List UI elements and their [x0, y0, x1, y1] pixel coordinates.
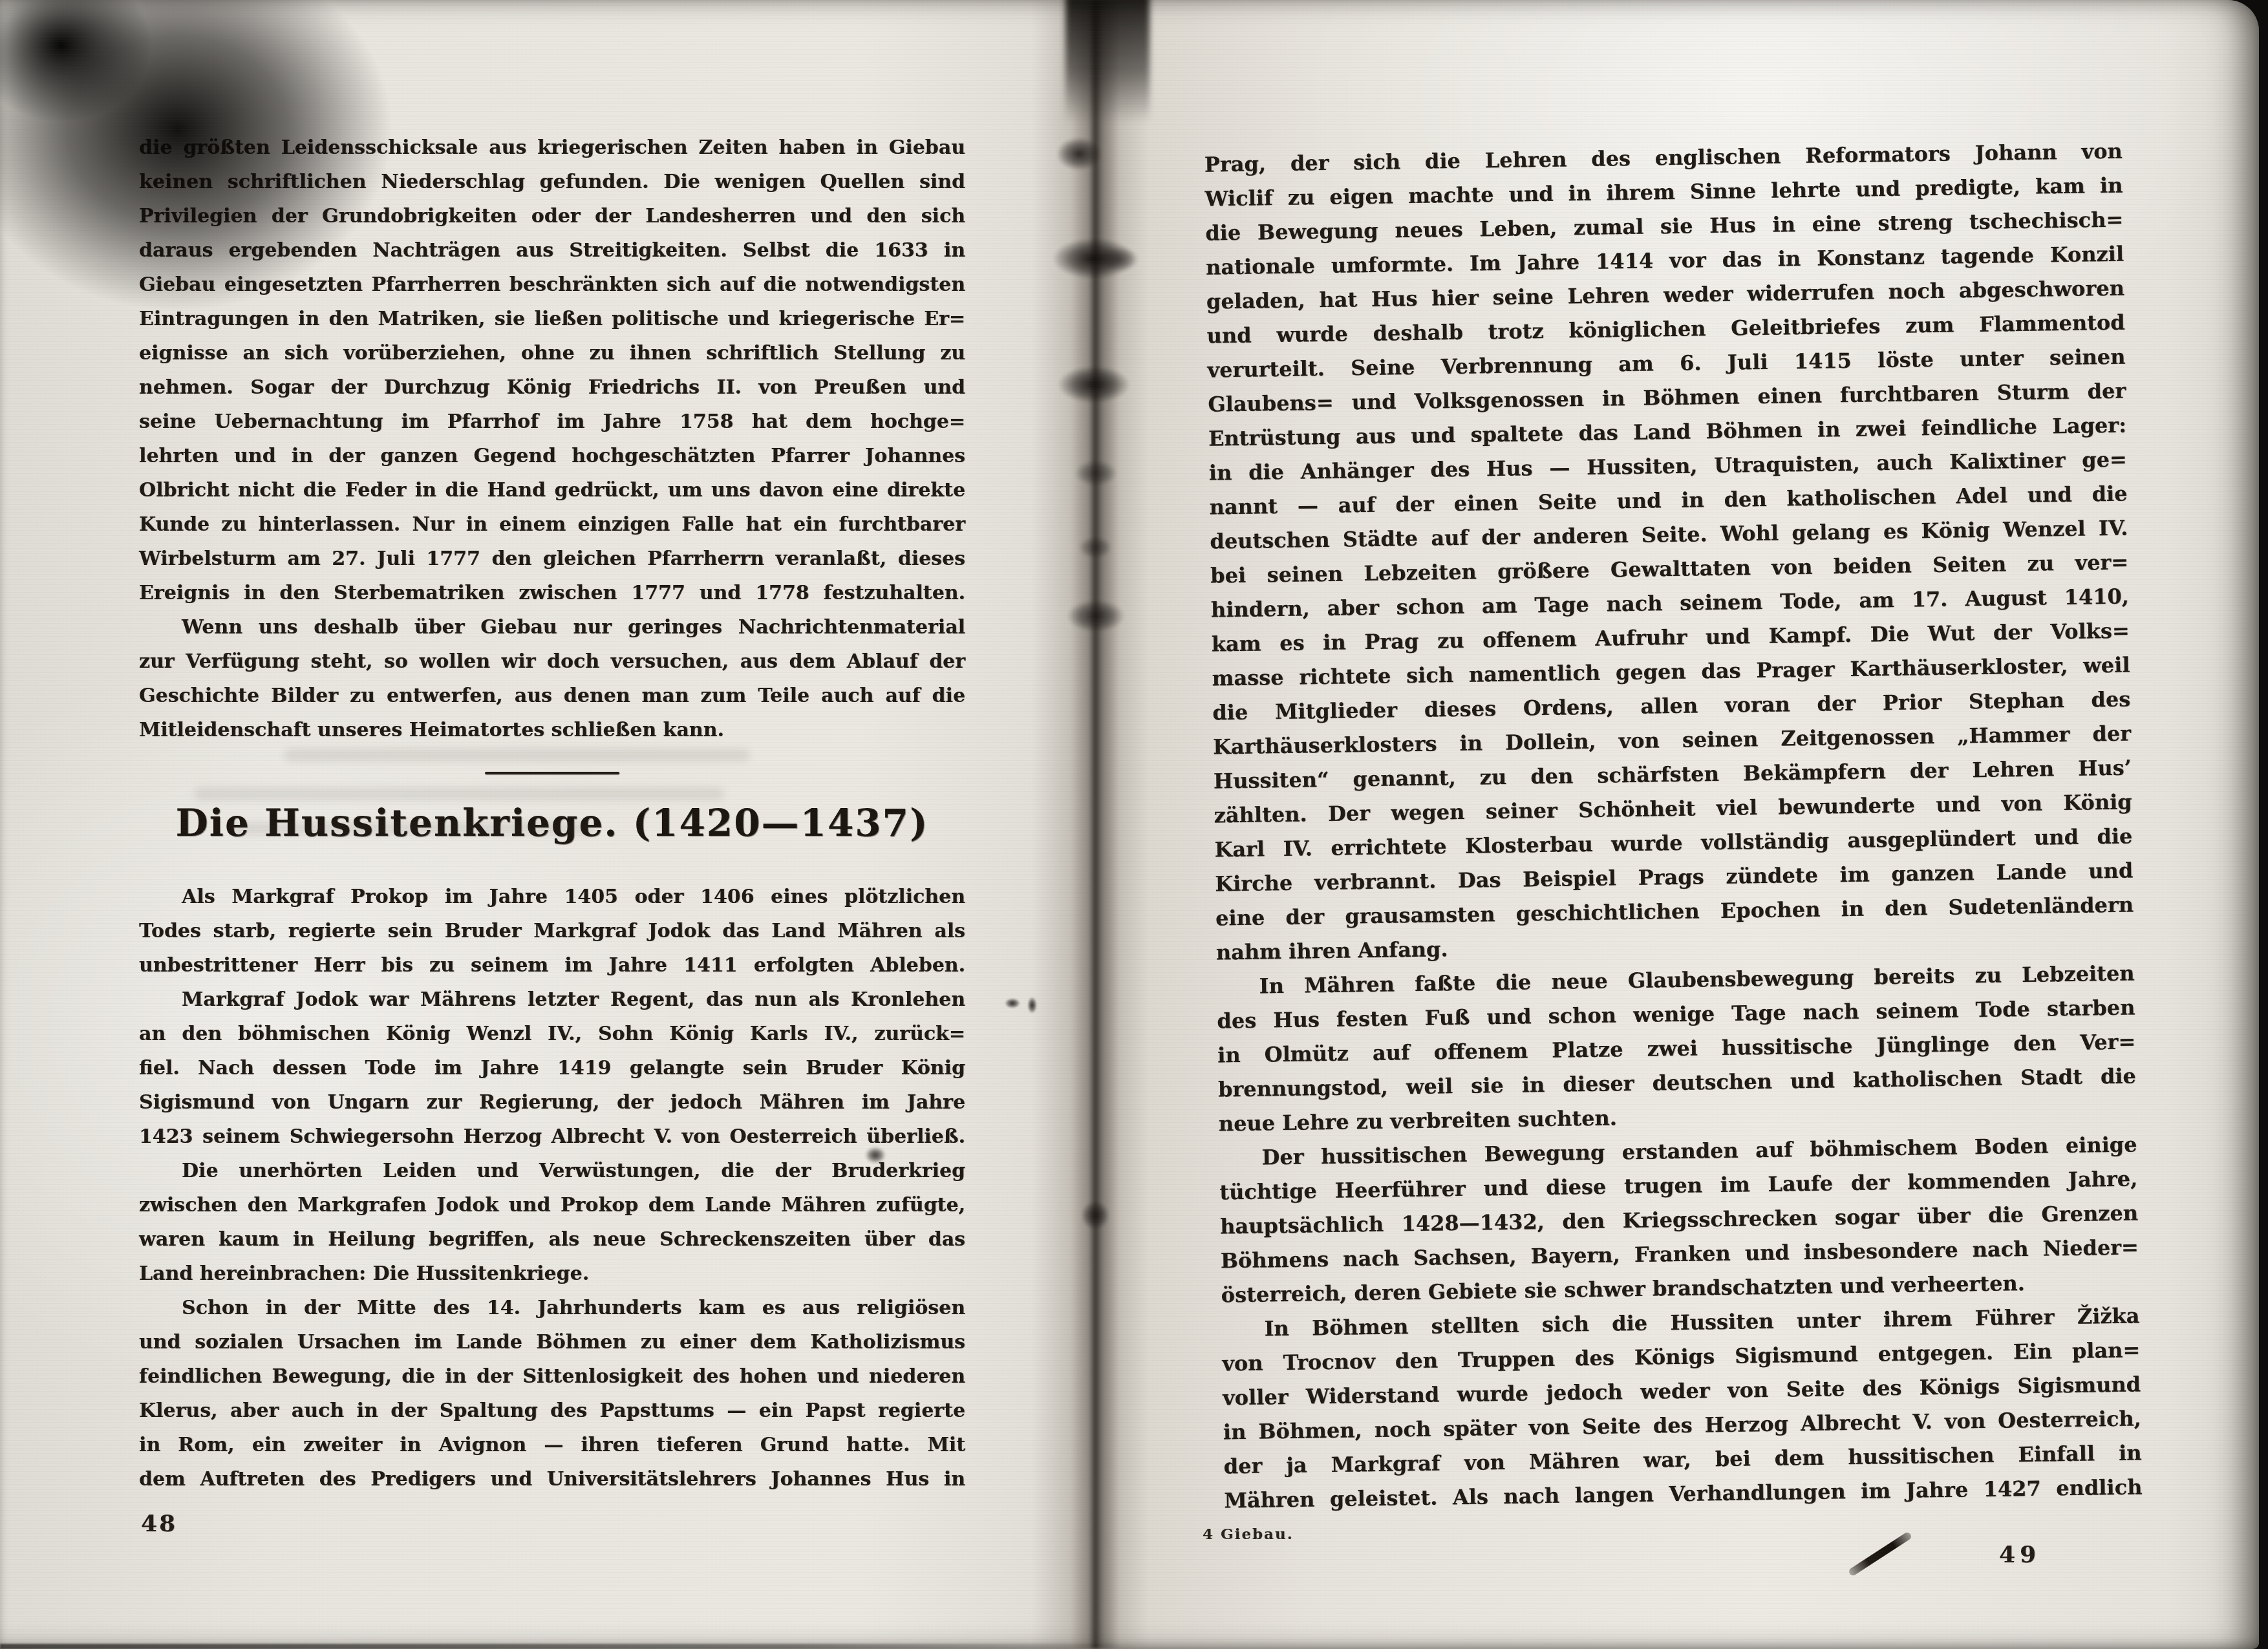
text-line: Kunde zu hinterlassen. Nur in einem einz…	[139, 507, 965, 542]
paragraph: Markgraf Jodok war Mährens letzter Regen…	[139, 983, 965, 1154]
text-line: fiel. Nach dessen Tode im Jahre 1419 gel…	[139, 1051, 965, 1085]
paragraph: Schon in der Mitte des 14. Jahrhunderts …	[139, 1291, 965, 1496]
scan-corner-shadow-core	[0, 0, 168, 136]
paragraph: Die unerhörten Leiden und Verwüstungen, …	[139, 1154, 965, 1291]
ink-stain	[1075, 460, 1117, 486]
text-line: Wenn uns deshalb über Giebau nur geringe…	[139, 610, 965, 644]
paragraph: Wenn uns deshalb über Giebau nur geringe…	[139, 610, 965, 747]
bleed-through-ghost-line	[194, 787, 724, 800]
text-line: Ereignis in den Sterbematriken zwischen …	[139, 576, 965, 610]
text-line: Sigismund von Ungarn zur Regierung, der …	[139, 1085, 965, 1120]
text-line: Olbricht nicht die Feder in die Hand ged…	[139, 473, 965, 507]
paragraph: Prag, der sich die Lehren des englischen…	[1204, 134, 2134, 970]
gutter-top-shadow	[1065, 0, 1150, 123]
text-line: Markgraf Jodok war Mährens letzter Regen…	[139, 983, 965, 1017]
text-line: Klerus, aber auch in der Spaltung des Pa…	[139, 1394, 965, 1428]
ink-speck	[1027, 997, 1037, 1014]
paragraph: In Böhmen stellten sich die Hussiten unt…	[1221, 1299, 2143, 1518]
paragraph: Der hussitischen Bewegung erstanden auf …	[1219, 1127, 2139, 1312]
text-line: nehmen. Sogar der Durchzug König Friedri…	[139, 370, 965, 405]
text-line: und sozialen Ursachen im Lande Böhmen zu…	[139, 1325, 965, 1359]
section-divider-rule	[485, 772, 619, 774]
text-line: Mitleidenschaft unseres Heimatortes schl…	[139, 713, 965, 747]
text-line: Die unerhörten Leiden und Verwüstungen, …	[139, 1154, 965, 1188]
text-line: Land hereinbrachen: Die Hussitenkriege.	[139, 1257, 965, 1291]
text-line: feindlichen Bewegung, die in der Sittenl…	[139, 1359, 965, 1394]
text-line: zur Verfügung steht, so wollen wir doch …	[139, 644, 965, 679]
right-page: Prag, der sich die Lehren des englischen…	[1204, 134, 2142, 1518]
bottom-page-edge-shadow	[0, 1644, 1138, 1649]
text-line: dem Auftreten des Predigers und Universi…	[139, 1462, 965, 1496]
paragraph: In Mähren faßte die neue Glaubensbewegun…	[1216, 956, 2137, 1141]
text-line: Schon in der Mitte des 14. Jahrhunderts …	[139, 1291, 965, 1325]
bleed-through-ghost-line	[284, 749, 750, 761]
ink-stain	[1056, 137, 1102, 171]
ink-speck	[865, 1147, 886, 1164]
bleed-through-ghost-line	[233, 822, 595, 835]
ink-stroke-mark	[1848, 1531, 1912, 1577]
page-number-left: 48	[141, 1510, 177, 1537]
ink-stain	[1078, 537, 1112, 559]
text-line: Wirbelsturm am 27. Juli 1777 den gleiche…	[139, 542, 965, 576]
printer-signature-mark: 4 Giebau.	[1203, 1526, 1294, 1543]
text-line: an den böhmischen König Wenzl IV., Sohn …	[139, 1017, 965, 1051]
ink-stain	[1067, 600, 1125, 632]
ink-speck	[1005, 998, 1020, 1008]
ink-stain	[1058, 366, 1130, 403]
text-line: in Rom, ein zweiter in Avignon — ihren t…	[139, 1428, 965, 1462]
text-line: zwischen den Markgrafen Jodok und Prokop…	[139, 1188, 965, 1222]
text-line: waren kaum in Heilung begriffen, als neu…	[139, 1222, 965, 1257]
text-line: Als Markgraf Prokop im Jahre 1405 oder 1…	[139, 880, 965, 914]
right-page-text: Prag, der sich die Lehren des englischen…	[1204, 134, 2142, 1518]
page-number-right: 49	[1999, 1541, 2040, 1568]
text-line: unbestrittener Herr bis zu seinem im Jah…	[139, 948, 965, 983]
paragraph: Als Markgraf Prokop im Jahre 1405 oder 1…	[139, 880, 965, 983]
text-line: 1423 seinem Schwiegersohn Herzog Albrech…	[139, 1120, 965, 1154]
text-line: seine Uebernachtung im Pfarrhof im Jahre…	[139, 405, 965, 439]
text-line: Todes starb, regierte sein Bruder Markgr…	[139, 914, 965, 948]
left-page-chapter-text: Als Markgraf Prokop im Jahre 1405 oder 1…	[139, 880, 965, 1496]
text-line: lehrten und in der ganzen Gegend hochges…	[139, 439, 965, 473]
ink-stain	[1081, 1201, 1109, 1229]
ink-stain	[1099, 247, 1139, 271]
text-line: Geschichte Bilder zu entwerfen, aus dene…	[139, 679, 965, 713]
book-scan-paper: die größten Leidensschicksale aus kriege…	[0, 0, 2259, 1649]
